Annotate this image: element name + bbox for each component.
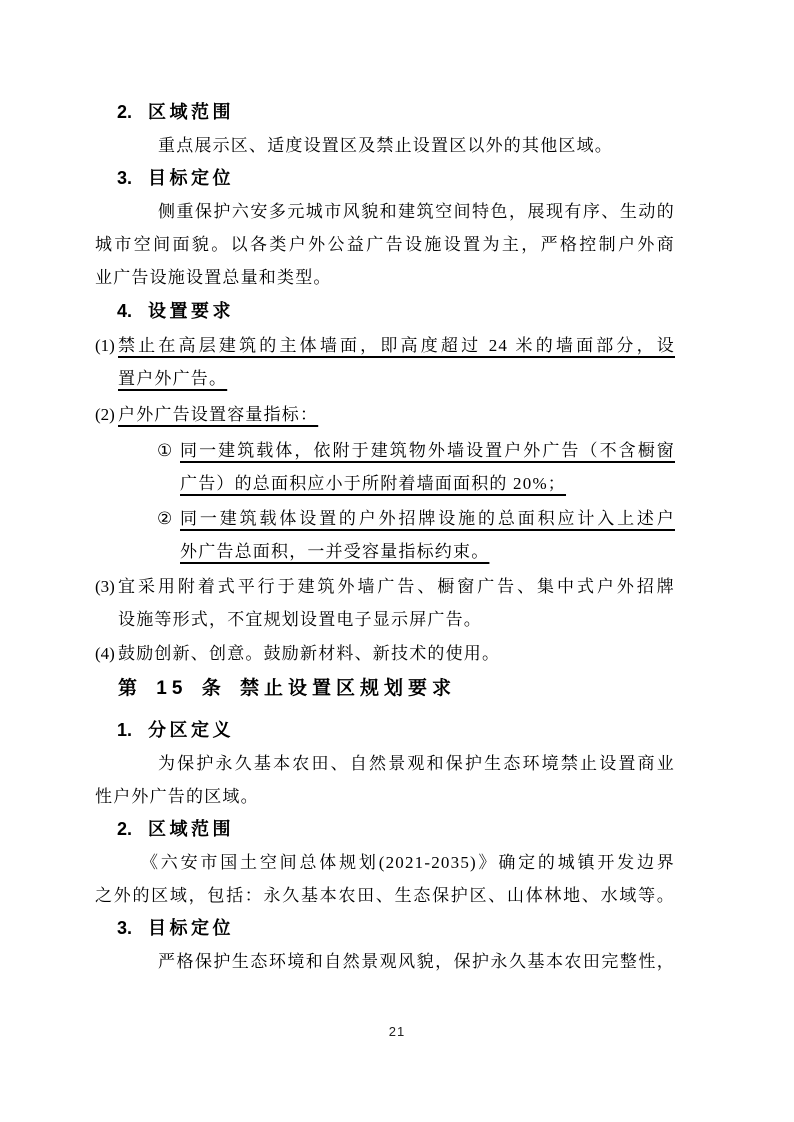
- text-line: 外广告总面积，一并受容量指标约束。: [180, 535, 675, 568]
- sub-item-1: ① 同一建筑载体，依附于建筑物外墙设置户外广告（不含橱窗广告）的总面积应小于所附…: [157, 434, 675, 500]
- item-label: (4): [95, 637, 115, 670]
- heading-title: 区域范围: [148, 819, 234, 839]
- item-label: (1): [95, 329, 115, 362]
- text-line: 为保护永久基本农田、自然景观和保护生态环境禁止设置商业: [95, 747, 675, 780]
- text-line: 户外广告设置容量指标：: [118, 398, 675, 431]
- text-line: 严格保护生态环境和自然景观风貌，保护永久基本农田完整性，: [95, 945, 675, 978]
- list-item-4: (4) 鼓励创新、创意。鼓励新材料、新技术的使用。: [95, 637, 675, 670]
- item-label: (3): [95, 570, 115, 603]
- page-number: 21: [0, 1024, 794, 1039]
- item-text: 同一建筑载体设置的户外招牌设施的总面积应计入上述户外广告总面积，一并受容量指标约…: [180, 502, 675, 568]
- article-15-heading: 第 15 条 禁止设置区规划要求: [95, 672, 675, 705]
- item-label-circled-2: ②: [157, 502, 172, 535]
- text-line: 置户外广告。: [118, 362, 675, 395]
- heading-number: 4.: [117, 295, 132, 328]
- text-line: 同一建筑载体，依附于建筑物外墙设置户外广告（不含橱窗: [180, 434, 675, 467]
- text-line: 宜采用附着式平行于建筑外墙广告、橱窗广告、集中式户外招牌: [118, 570, 675, 603]
- paragraph-zone-definition: 为保护永久基本农田、自然景观和保护生态环境禁止设置商业性户外广告的区域。: [95, 747, 675, 813]
- item-text: 户外广告设置容量指标：: [118, 398, 675, 431]
- text-line: 禁止在高层建筑的主体墙面，即高度超过 24 米的墙面部分，设: [118, 329, 675, 362]
- heading-title: 目标定位: [148, 168, 234, 188]
- text-line: 城市空间面貌。以各类户外公益广告设施设置为主，严格控制户外商: [95, 228, 675, 261]
- item-text: 鼓励创新、创意。鼓励新材料、新技术的使用。: [118, 637, 675, 670]
- item-label: (2): [95, 398, 115, 431]
- heading-title: 目标定位: [148, 918, 234, 938]
- section-heading-area-scope-bottom: 2. 区域范围: [95, 813, 675, 846]
- item-text: 禁止在高层建筑的主体墙面，即高度超过 24 米的墙面部分，设置户外广告。: [118, 329, 675, 395]
- list-item-1: (1) 禁止在高层建筑的主体墙面，即高度超过 24 米的墙面部分，设置户外广告。: [95, 329, 675, 395]
- item-label-circled-1: ①: [157, 434, 172, 467]
- text-line: 同一建筑载体设置的户外招牌设施的总面积应计入上述户: [180, 502, 675, 535]
- text-line: 之外的区域，包括：永久基本农田、生态保护区、山体林地、水域等。: [95, 879, 675, 912]
- section-heading-target-top: 3. 目标定位: [95, 162, 675, 195]
- paragraph-area-scope-top: 重点展示区、适度设置区及禁止设置区以外的其他区域。: [95, 129, 675, 162]
- heading-number: 1.: [117, 714, 132, 747]
- text-line: 业广告设施设置总量和类型。: [95, 261, 675, 294]
- heading-number: 2.: [117, 813, 132, 846]
- heading-number: 2.: [117, 96, 132, 129]
- text-line: 设施等形式，不宜规划设置电子显示屏广告。: [118, 603, 675, 636]
- document-content: 2. 区域范围 重点展示区、适度设置区及禁止设置区以外的其他区域。 3. 目标定…: [95, 96, 675, 978]
- paragraph-target-bottom: 严格保护生态环境和自然景观风貌，保护永久基本农田完整性，: [95, 945, 675, 978]
- heading-title: 设置要求: [148, 301, 234, 321]
- section-heading-area-scope-top: 2. 区域范围: [95, 96, 675, 129]
- document-page: 2. 区域范围 重点展示区、适度设置区及禁止设置区以外的其他区域。 3. 目标定…: [0, 0, 794, 1122]
- paragraph-area-scope-bottom: 《六安市国土空间总体规划(2021-2035)》确定的城镇开发边界之外的区域，包…: [95, 846, 675, 912]
- section-heading-requirements: 4. 设置要求: [95, 295, 675, 328]
- text-line: 重点展示区、适度设置区及禁止设置区以外的其他区域。: [95, 129, 675, 162]
- section-heading-zone-definition: 1. 分区定义: [95, 714, 675, 747]
- text-line: 广告）的总面积应小于所附着墙面面积的 20%；: [180, 467, 675, 500]
- text-line: 性户外广告的区域。: [95, 780, 675, 813]
- heading-number: 3.: [117, 162, 132, 195]
- paragraph-target-top: 侧重保护六安多元城市风貌和建筑空间特色，展现有序、生动的城市空间面貌。以各类户外…: [95, 195, 675, 294]
- text-line: 《六安市国土空间总体规划(2021-2035)》确定的城镇开发边界: [95, 846, 675, 879]
- sub-item-2: ② 同一建筑载体设置的户外招牌设施的总面积应计入上述户外广告总面积，一并受容量指…: [157, 502, 675, 568]
- list-item-2: (2) 户外广告设置容量指标：: [95, 398, 675, 431]
- heading-title: 区域范围: [148, 102, 234, 122]
- list-item-3: (3) 宜采用附着式平行于建筑外墙广告、橱窗广告、集中式户外招牌设施等形式，不宜…: [95, 570, 675, 636]
- section-heading-target-bottom: 3. 目标定位: [95, 912, 675, 945]
- item-text: 宜采用附着式平行于建筑外墙广告、橱窗广告、集中式户外招牌设施等形式，不宜规划设置…: [118, 570, 675, 636]
- heading-number: 3.: [117, 912, 132, 945]
- item-text: 同一建筑载体，依附于建筑物外墙设置户外广告（不含橱窗广告）的总面积应小于所附着墙…: [180, 434, 675, 500]
- heading-title: 分区定义: [148, 720, 234, 740]
- text-line: 侧重保护六安多元城市风貌和建筑空间特色，展现有序、生动的: [95, 195, 675, 228]
- text-line: 鼓励创新、创意。鼓励新材料、新技术的使用。: [118, 637, 675, 670]
